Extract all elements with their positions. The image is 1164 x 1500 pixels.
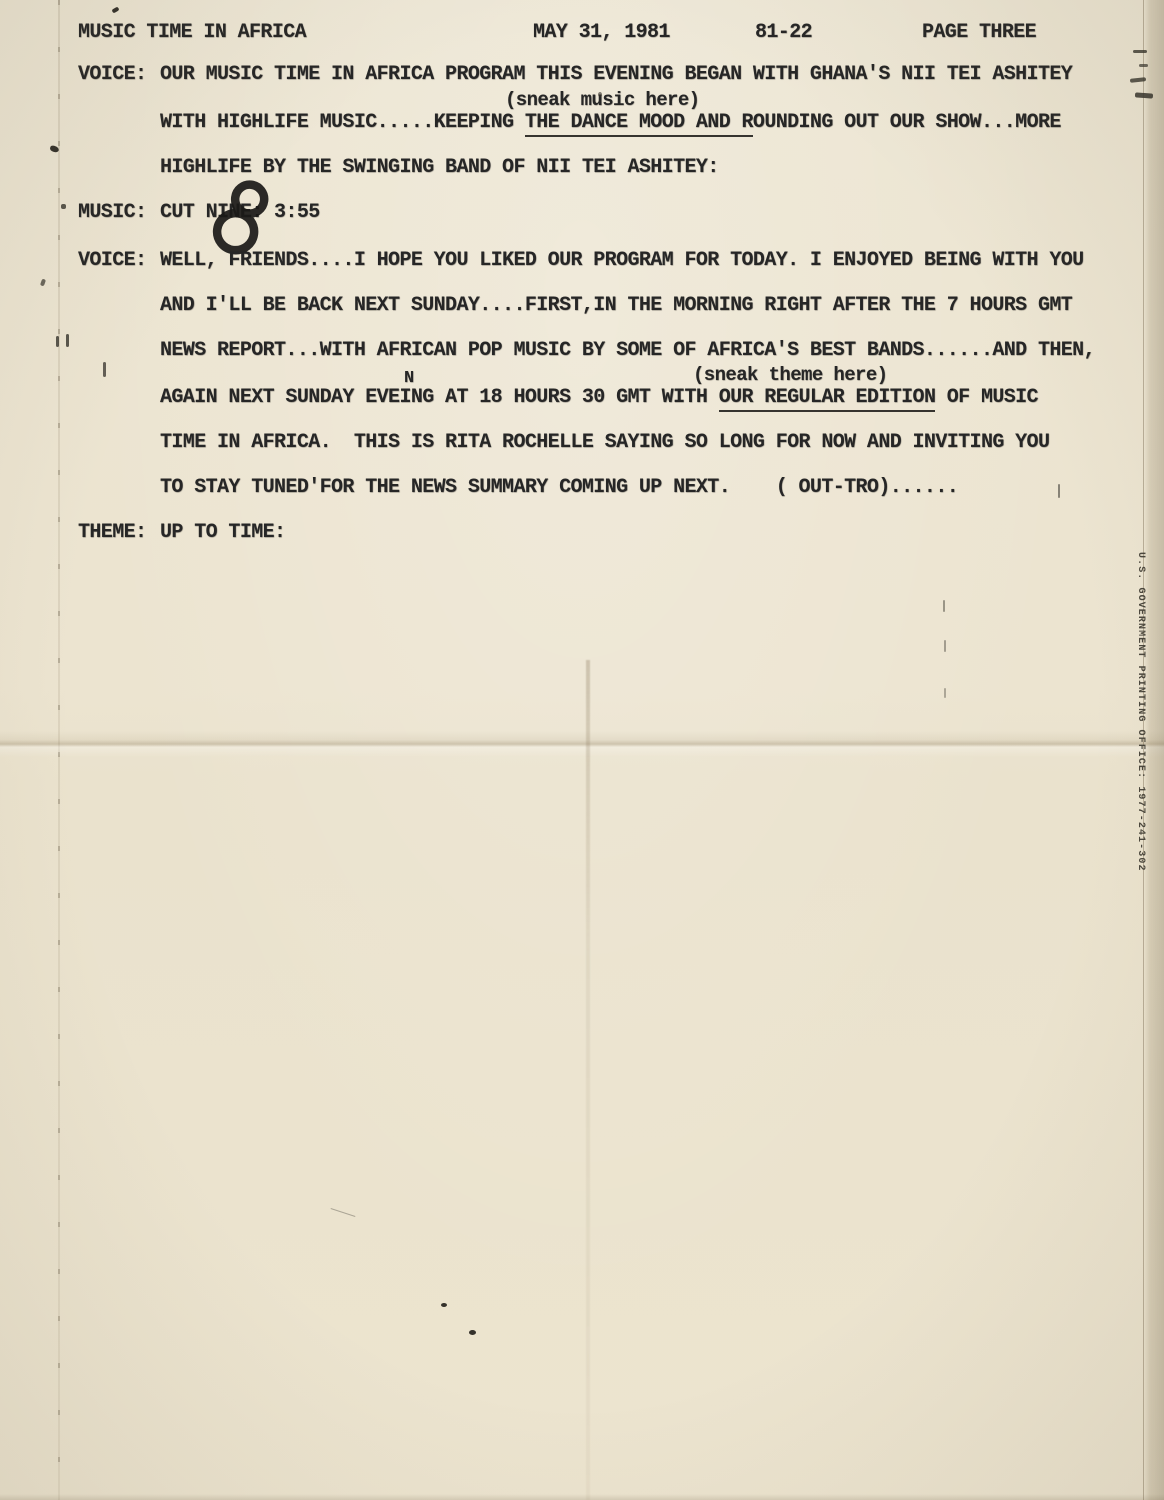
page-title: MUSIC TIME IN AFRICA — [78, 22, 306, 44]
music-cue-label: MUSIC: — [78, 202, 146, 224]
voice2-line5: TIME IN AFRICA. THIS IS RITA ROCHELLE SA… — [160, 432, 1049, 454]
voice2-line4-underlined: OUR REGULAR EDITION — [719, 386, 936, 412]
theme-label: THEME: — [78, 522, 146, 544]
stray-mark — [111, 7, 119, 14]
voice1-line1: OUR MUSIC TIME IN AFRICA PROGRAM THIS EV… — [160, 64, 1072, 86]
theme-text: UP TO TIME: — [160, 522, 285, 544]
stray-mark — [61, 204, 66, 209]
fold-crease-horizontal — [0, 731, 1164, 757]
stray-mark — [1139, 64, 1148, 67]
header-date: MAY 31, 1981 — [533, 22, 670, 44]
stray-mark — [103, 362, 106, 377]
stray-mark — [1133, 50, 1147, 53]
paper-bottom-edge — [0, 1494, 1164, 1500]
voice2-line2: AND I'LL BE BACK NEXT SUNDAY....FIRST,IN… — [160, 295, 1072, 317]
stray-mark — [469, 1330, 476, 1335]
stray-mark — [1058, 484, 1060, 498]
voice2-label: VOICE: — [78, 250, 146, 272]
stray-mark — [56, 336, 59, 347]
header-page-number: PAGE THREE — [922, 22, 1036, 44]
voice2-line1: WELL, FRIENDS....I HOPE YOU LIKED OUR PR… — [160, 250, 1084, 272]
stray-mark — [944, 688, 946, 698]
stray-mark — [66, 334, 69, 347]
voice2-line4-post: OF MUSIC — [935, 386, 1038, 409]
stray-mark — [441, 1303, 447, 1307]
gpo-edge-imprint: U.S. GOVERNMENT PRINTING OFFICE: 1977-24… — [1135, 552, 1146, 872]
stray-mark — [944, 640, 946, 652]
voice2-line4-pre: AGAIN NEXT SUNDAY EVEING AT 18 HOURS 30 … — [160, 386, 719, 409]
voice2-line4: AGAIN NEXT SUNDAY EVEING AT 18 HOURS 30 … — [160, 387, 1038, 409]
paper-right-edge — [1143, 0, 1164, 1500]
script-page-scan: MUSIC TIME IN AFRICA MAY 31, 1981 81-22 … — [0, 0, 1164, 1500]
voice1-line2-post: OUNDING OUT OUR SHOW...MORE — [753, 111, 1061, 134]
voice1-line2: WITH HIGHLIFE MUSIC.....KEEPING THE DANC… — [160, 112, 1061, 134]
voice1-line2-underlined: THE DANCE MOOD AND R — [525, 111, 753, 137]
voice2-line6: TO STAY TUNED'FOR THE NEWS SUMMARY COMIN… — [160, 477, 958, 499]
stray-mark — [1135, 92, 1153, 98]
voice2-line3: NEWS REPORT...WITH AFRICAN POP MUSIC BY … — [160, 340, 1095, 362]
header-show-number: 81-22 — [755, 22, 812, 44]
stray-mark — [40, 279, 46, 287]
fold-crease-center — [586, 660, 590, 1500]
voice1-line2-pre: WITH HIGHLIFE MUSIC.....KEEPING — [160, 111, 525, 134]
sneak-music-cue: (sneak music here) — [505, 89, 699, 111]
sneak-theme-cue: (sneak theme here) — [693, 364, 887, 386]
stray-mark — [330, 1208, 355, 1217]
stray-mark — [598, 92, 602, 97]
stray-mark — [943, 600, 945, 612]
voice1-label: VOICE: — [78, 64, 146, 86]
